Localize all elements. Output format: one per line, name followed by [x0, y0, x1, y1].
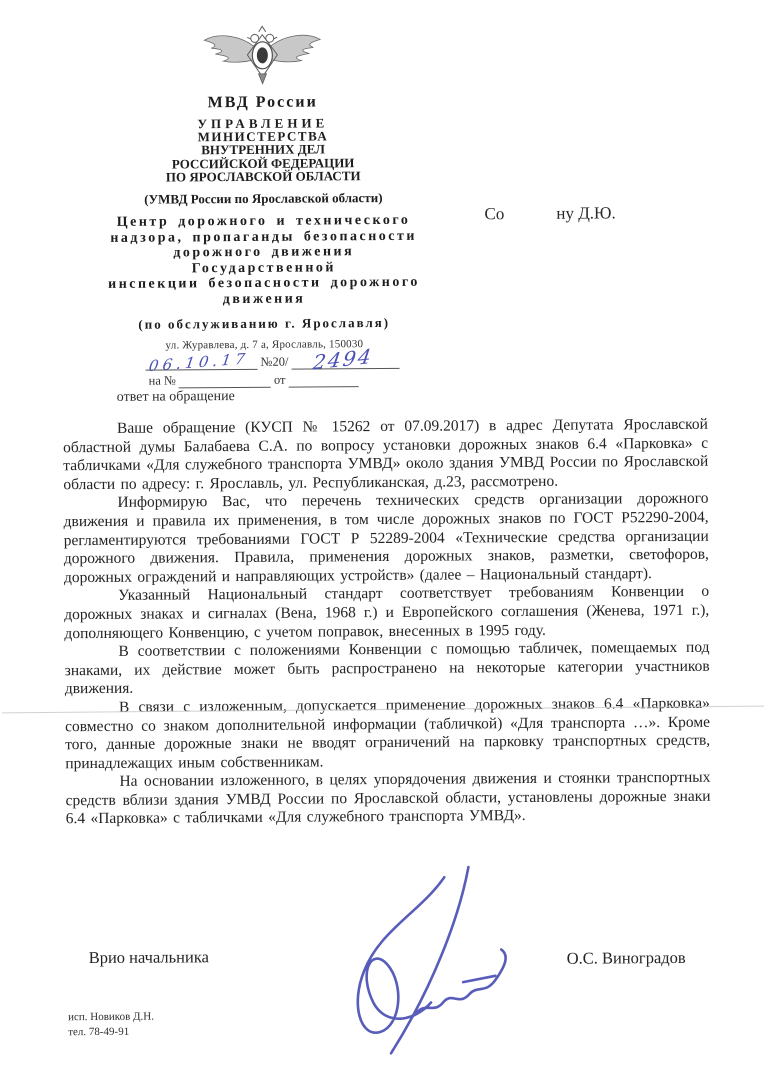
body-paragraph: На основании изложенного, в целях упоряд… — [65, 769, 710, 829]
signer-name: О.С. Виноградов — [567, 948, 686, 969]
executor-name: исп. Новиков Д.Н. — [68, 1010, 154, 1026]
signature-handwriting — [315, 859, 538, 1066]
scanned-letter: МВД России УПРАВЛЕНИЕ МИНИСТЕРСТВА ВНУТР… — [0, 0, 764, 1080]
addressee-name-start: Со — [484, 204, 504, 223]
org-abbreviation: (УМВД России по Ярославской области) — [68, 189, 458, 208]
letter-body: Ваше обращение (КУСП № 15262 от 07.09.20… — [63, 416, 711, 830]
ot-date-underline — [289, 386, 359, 387]
executor-phone: тел. 78-49-91 — [68, 1025, 154, 1041]
division-line: движения — [69, 290, 459, 308]
body-paragraph: Указанный Национальный стандарт соответс… — [64, 583, 709, 643]
outgoing-number-row: 06.10.17№20/2494 — [145, 351, 445, 371]
addressee: Сону Д.Ю. — [484, 203, 615, 224]
ot-date-label: от — [271, 373, 289, 388]
body-paragraph: Информирую Вас, что перечень технических… — [63, 490, 709, 587]
division-line: надзора, пропаганды безопасности — [69, 228, 459, 246]
addressee-name-end: ну Д.Ю. — [556, 203, 616, 222]
division-line: инспекции безопасности дорожного — [69, 274, 459, 292]
subject-line: ответ на обращение — [117, 389, 235, 406]
service-area-note: (по обслуживанию г. Ярославля) — [69, 314, 459, 333]
mvd-emblem-icon — [201, 24, 323, 89]
reference-number-block: 06.10.17№20/2494 на №от — [145, 351, 445, 389]
na-number-label: на № — [146, 373, 179, 388]
org-name-full: УПРАВЛЕНИЕ МИНИСТЕРСТВА ВНУТРЕННИХ ДЕЛ Р… — [68, 115, 458, 184]
number-prefix: №20/ — [257, 355, 291, 370]
org-line: ПО ЯРОСЛАВСКОЙ ОБЛАСТИ — [68, 168, 458, 184]
org-name-short: МВД России — [68, 92, 458, 113]
body-paragraph: В соответствии с положениями Конвенции с… — [64, 639, 709, 699]
body-paragraph: Ваше обращение (КУСП № 15262 от 07.09.20… — [63, 416, 709, 495]
executor-block: исп. Новиков Д.Н. тел. 78-49-91 — [68, 1010, 154, 1041]
signer-position: Врио начальника — [89, 947, 209, 968]
document-page: МВД России УПРАВЛЕНИЕ МИНИСТЕРСТВА ВНУТР… — [0, 0, 764, 1080]
division-name: Центр дорожного и технического надзора, … — [68, 212, 459, 308]
letterhead: МВД России УПРАВЛЕНИЕ МИНИСТЕРСТВА ВНУТР… — [67, 23, 460, 389]
